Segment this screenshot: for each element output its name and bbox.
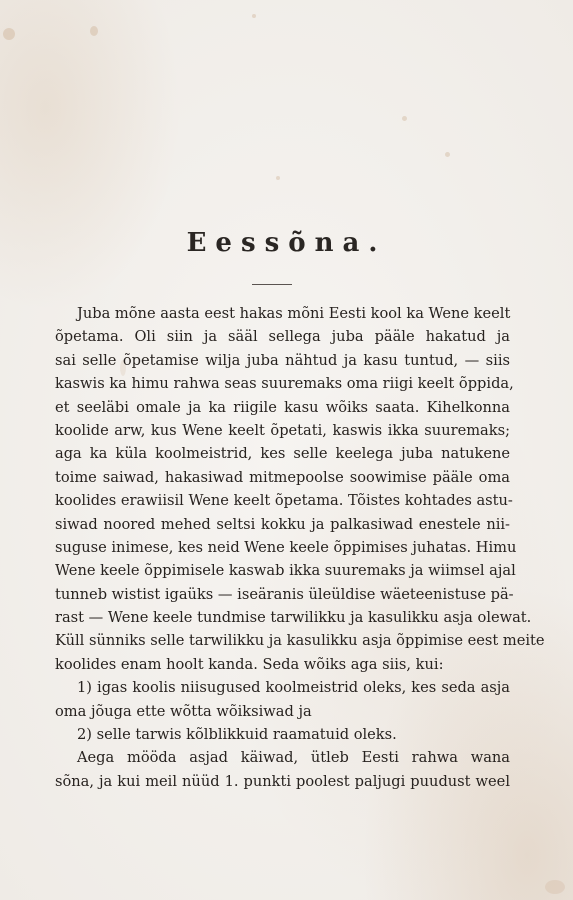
- text-line: rast — Wene keele tundmise tarwilikku ja…: [55, 606, 510, 629]
- heading-rule: [252, 284, 292, 285]
- text-line: toime saiwad, hakasiwad mitmepoolse soow…: [55, 466, 510, 489]
- text-line: Juba mõne aasta eest hakas mõni Eesti ko…: [55, 302, 510, 325]
- foxing-stain: [3, 28, 15, 40]
- text-line: Küll sünniks selle tarwilikku ja kasulik…: [55, 629, 510, 652]
- text-line: Aega mööda asjad käiwad, ütleb Eesti rah…: [55, 746, 510, 769]
- foxing-stain: [545, 880, 565, 894]
- text-line: sai selle õpetamise wilja juba nähtud ja…: [55, 349, 510, 372]
- text-line: tunneb wistist igaüks — iseäranis üleüld…: [55, 583, 510, 606]
- text-line: koolides enam hoolt kanda. Seda wõiks ag…: [55, 653, 510, 676]
- text-line: suguse inimese, kes neid Wene keele õppi…: [55, 536, 510, 559]
- text-line: kaswis ka himu rahwa seas suuremaks oma …: [55, 372, 510, 395]
- text-line: õpetama. Oli siin ja sääl sellega juba p…: [55, 325, 510, 348]
- text-line: koolides erawiisil Wene keelt õpetama. T…: [55, 489, 510, 512]
- text-line: sõna, ja kui meil nüüd 1. punkti poolest…: [55, 770, 510, 793]
- list-item-2: 2) selle tarwis kõlblikkuid raamatuid ol…: [55, 723, 510, 746]
- text-line: koolide arw, kus Wene keelt õpetati, kas…: [55, 419, 510, 442]
- foxing-stain: [402, 116, 407, 121]
- foxing-stain: [445, 152, 450, 157]
- text-line: Wene keele õppimisele kaswab ikka suurem…: [55, 559, 510, 582]
- foxing-stain: [252, 14, 256, 18]
- text-line: et seeläbi omale ja ka riigile kasu wõik…: [55, 396, 510, 419]
- text-line: oma jõuga ette wõtta wõiksiwad ja: [55, 700, 510, 723]
- book-page: Eessõna. Juba mõne aasta eest hakas mõni…: [0, 0, 573, 900]
- text-line: aga ka küla koolmeistrid, kes selle keel…: [55, 442, 510, 465]
- list-item-1: 1) igas koolis niisugused koolmeistrid o…: [55, 676, 510, 699]
- text-line: siwad noored mehed seltsi kokku ja palka…: [55, 513, 510, 536]
- page-heading: Eessõna.: [0, 228, 573, 258]
- foxing-stain: [276, 176, 280, 180]
- foxing-stain: [90, 26, 98, 36]
- body-text: Juba mõne aasta eest hakas mõni Eesti ko…: [55, 302, 510, 793]
